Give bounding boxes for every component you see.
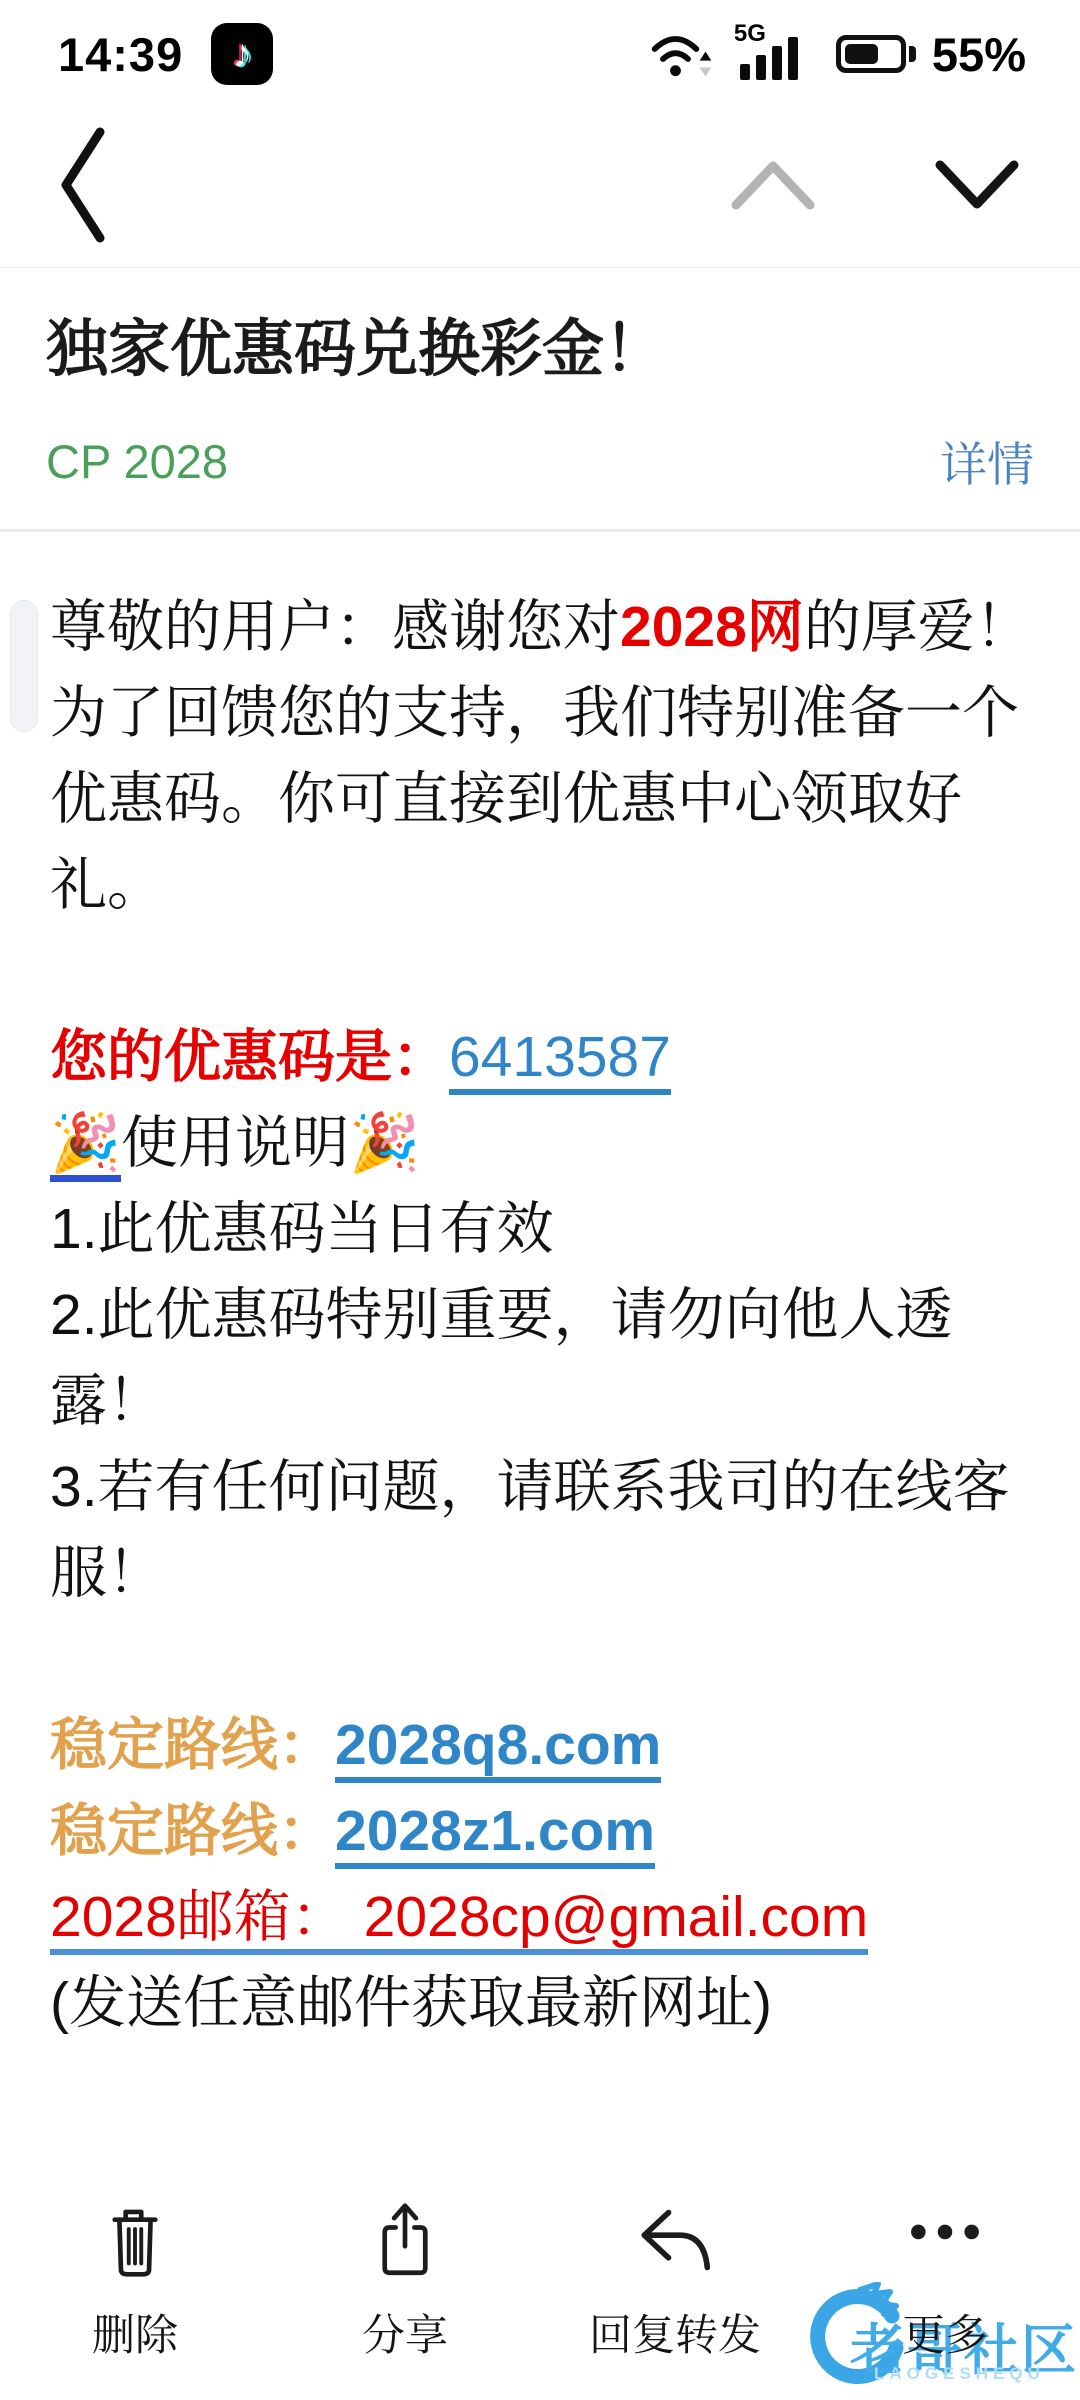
body-paragraph (50, 928, 1040, 1014)
status-bar: 14:39 ♪ 5G 55% (0, 0, 1080, 102)
previous-mail-icon[interactable] (730, 159, 816, 211)
body-link[interactable]: 6413587 (449, 1025, 671, 1095)
body-text: 2.此优惠码特别重要，请勿向他人透露！ (50, 1283, 953, 1433)
body-paragraph: 尊敬的用户：感谢您对2028网的厚爱！为了回馈您的支持，我们特别准备一个优惠码。… (50, 584, 1040, 928)
body-paragraph: 🎉使用说明🎉 (50, 1100, 1040, 1186)
toolbar-label: 回复转发 (589, 2302, 761, 2363)
next-mail-icon[interactable] (934, 159, 1020, 211)
share-icon (366, 2198, 444, 2282)
upload-arrow-icon (700, 52, 712, 61)
share-button[interactable]: 分享 (270, 2198, 540, 2363)
toolbar-label: 分享 (362, 2302, 448, 2363)
body-paragraph: 稳定路线：2028q8.com (50, 1702, 1040, 1788)
body-text: 尊敬的用户：感谢您对 (50, 595, 620, 659)
body-text: 稳定路线： (50, 1799, 335, 1863)
trash-icon (96, 2198, 174, 2282)
bottom-toolbar: 删除 分享 回复转发 (0, 2172, 1080, 2400)
tiktok-app-icon: ♪ (211, 23, 273, 85)
body-paragraph: 2028邮箱： 2028cp@gmail.com (50, 1874, 1040, 1960)
body-paragraph: (发送任意邮件获取最新网址) (50, 1960, 1040, 2046)
nav-bar (0, 102, 1080, 268)
body-text: 🎉 (50, 1111, 121, 1182)
back-icon[interactable] (58, 126, 106, 244)
body-text: 3.若有任何问题，请联系我司的在线客服！ (50, 1455, 1010, 1605)
wifi-icon (648, 24, 718, 84)
body-text: 稳定路线： (50, 1713, 335, 1777)
body-paragraph (50, 1616, 1040, 1702)
more-icon (899, 2198, 991, 2282)
toolbar-label: 更多 (902, 2302, 988, 2363)
reply-forward-icon (633, 2198, 717, 2282)
mail-app-screen: 14:39 ♪ 5G 55% (0, 0, 1080, 2400)
battery-icon (836, 35, 916, 73)
body-text: 1.此优惠码当日有效 (50, 1197, 554, 1261)
body-paragraph: 稳定路线：2028z1.com (50, 1788, 1040, 1874)
scrollbar-indicator[interactable] (10, 600, 38, 732)
body-text: 您的优惠码是： (50, 1025, 449, 1089)
body-paragraph: 1.此优惠码当日有效 (50, 1186, 1040, 1272)
reply-forward-button[interactable]: 回复转发 (540, 2198, 810, 2363)
sender-name[interactable]: CP 2028 (46, 434, 228, 489)
delete-button[interactable]: 删除 (0, 2198, 270, 2363)
toolbar-label: 删除 (92, 2302, 178, 2363)
body-link[interactable]: 2028邮箱： 2028cp@gmail.com (50, 1885, 868, 1955)
message-header: 独家优惠码兑换彩金！ CP 2028 详情 (0, 268, 1080, 532)
body-paragraph: 您的优惠码是：6413587 (50, 1014, 1040, 1100)
body-link[interactable]: 2028z1.com (335, 1799, 655, 1869)
body-link[interactable]: 2028q8.com (335, 1713, 661, 1783)
body-paragraph: 2.此优惠码特别重要，请勿向他人透露！ (50, 1272, 1040, 1444)
body-text: (发送任意邮件获取最新网址) (50, 1971, 772, 2035)
body-text: 使用说明🎉 (121, 1111, 420, 1175)
signal-bars-icon: 5G (734, 24, 820, 84)
battery-percent: 55% (932, 27, 1026, 82)
clock: 14:39 (58, 27, 183, 82)
email-body: 尊敬的用户：感谢您对2028网的厚爱！为了回馈您的支持，我们特别准备一个优惠码。… (0, 532, 1080, 2046)
subject-title: 独家优惠码兑换彩金！ (46, 312, 1034, 388)
body-paragraph: 3.若有任何问题，请联系我司的在线客服！ (50, 1444, 1040, 1616)
more-button[interactable]: 更多 (810, 2198, 1080, 2363)
download-arrow-icon (700, 67, 712, 76)
detail-link[interactable]: 详情 (940, 428, 1034, 495)
body-text: 2028网 (620, 595, 804, 659)
